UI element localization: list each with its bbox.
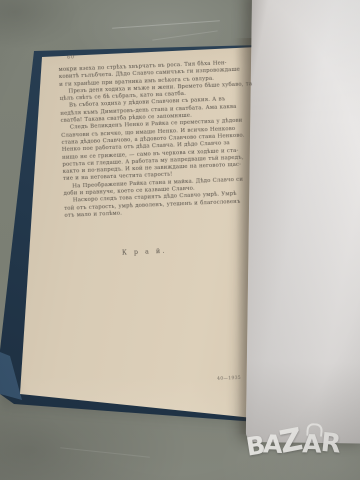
watermark-bag-letter: A (302, 431, 322, 457)
watermark-letter: A (302, 431, 322, 456)
surface-scratch (60, 447, 150, 457)
watermark-letter: R (320, 430, 343, 458)
page-text-block: 60 мокри взеха по стрѣхъ хвърчатъ въ рос… (58, 47, 270, 400)
paragraph: Следъ Великденъ Ненко и Райка се премест… (61, 117, 261, 183)
photo-scene: 60 мокри взеха по стрѣхъ хвърчатъ въ рос… (0, 0, 360, 480)
print-signature: 40—1935 (217, 376, 241, 382)
surface-scratch (152, 30, 217, 40)
surface-scratch (112, 20, 220, 29)
watermark-bazar: B A Z A R (245, 424, 341, 458)
the-end-text: К р а й. (122, 244, 264, 257)
